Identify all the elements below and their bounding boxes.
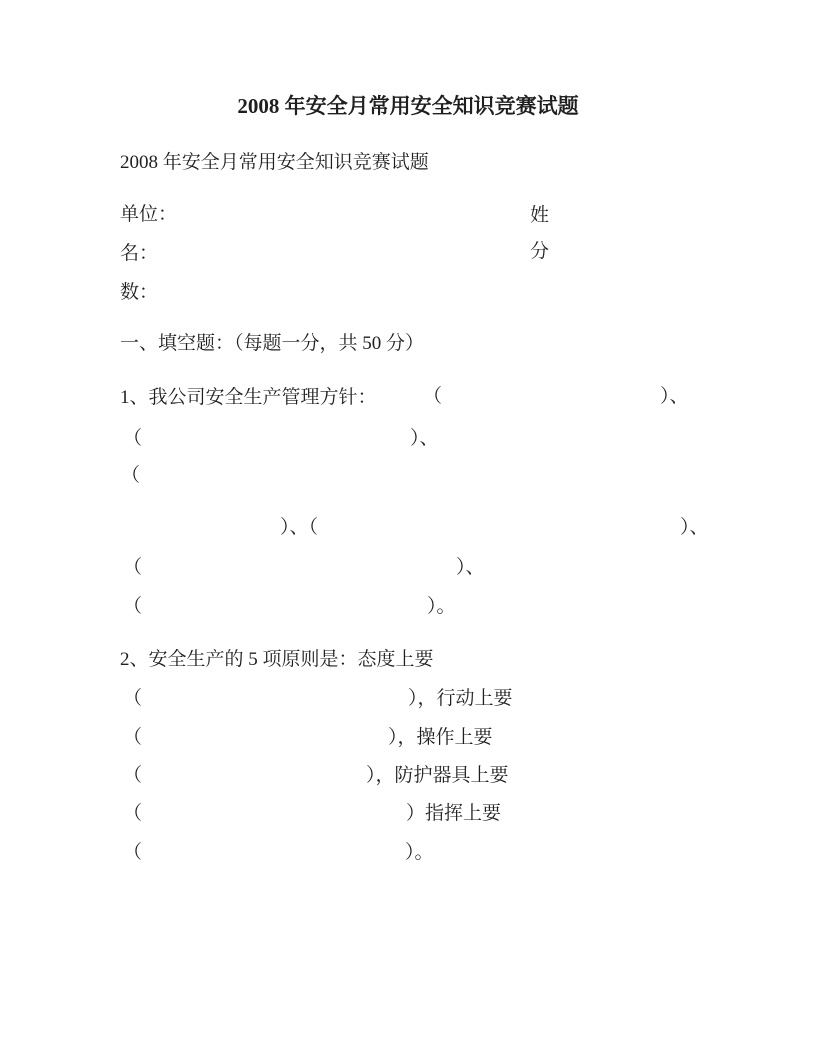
q2-item1-open-paren: （ — [123, 687, 142, 710]
q1-blank3-close-blank4-open: ）、（ — [280, 516, 318, 539]
q2-item3-close-text: ），防护器具上要 — [366, 764, 509, 787]
q1-blank4-close-paren: ）、 — [680, 516, 709, 539]
score-field-label-part2: 数： — [120, 281, 158, 304]
q1-blank1-close-paren: ）、 — [660, 385, 689, 408]
q2-prompt: 2、安全生产的 5 项原则是：态度上要 — [120, 648, 434, 671]
q1-blank3-open-paren: （ — [121, 464, 140, 487]
q1-prompt: 1、我公司安全生产管理方针： — [120, 386, 377, 409]
q2-item2-close-text: ），操作上要 — [388, 726, 493, 749]
name-field-label-part1: 姓 — [530, 204, 549, 227]
q2-item1-close-text: ），行动上要 — [408, 687, 513, 710]
score-field-label-part1: 分 — [530, 240, 549, 263]
q2-item4-open-paren: （ — [123, 802, 142, 825]
q1-blank6-close-paren: ）。 — [427, 595, 456, 618]
q2-item5-open-paren: （ — [123, 841, 142, 864]
q1-blank2-close-paren: ）、 — [410, 427, 439, 450]
q1-blank6-open-paren: （ — [123, 595, 142, 618]
q2-item5-close-paren: ）。 — [405, 841, 434, 864]
q1-blank1-open-paren: （ — [423, 385, 442, 408]
document-subtitle: 2008 年安全月常用安全知识竞赛试题 — [120, 151, 429, 174]
name-field-label-part2: 名： — [120, 242, 158, 265]
q1-blank5-open-paren: （ — [123, 556, 142, 579]
q2-item2-open-paren: （ — [123, 726, 142, 749]
q2-item4-close-text: ）指挥上要 — [406, 802, 501, 825]
q1-blank5-close-paren: ）、 — [456, 556, 485, 579]
q2-item3-open-paren: （ — [123, 764, 142, 787]
unit-field-label: 单位： — [120, 203, 177, 226]
document-page: 2008 年安全月常用安全知识竞赛试题 2008 年安全月常用安全知识竞赛试题 … — [0, 0, 816, 1056]
section-1-heading: 一、填空题：（每题一分，共 50 分） — [120, 332, 424, 355]
document-title: 2008 年安全月常用安全知识竞赛试题 — [0, 94, 816, 118]
q1-blank2-open-paren: （ — [123, 427, 142, 450]
